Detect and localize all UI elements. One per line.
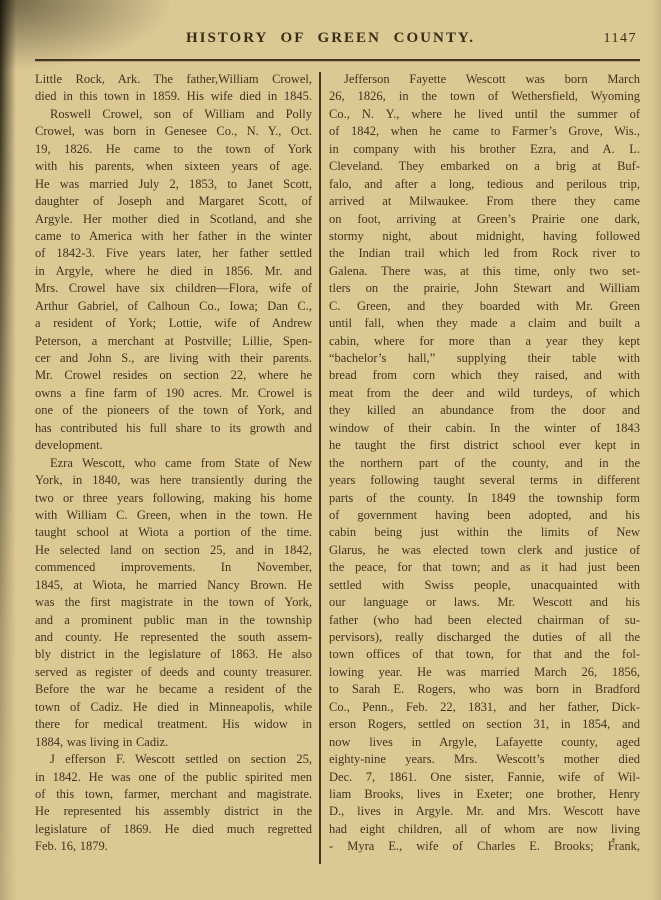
book-page-scan: HISTORY OF GREEN COUNTY. 1147 Little Roc…	[0, 0, 661, 900]
paragraph: Little Rock, Ark. The father,William Cro…	[35, 71, 312, 106]
text-line: Galena. There was, at this time, only tw…	[329, 263, 640, 280]
text-line: town offices of that town, for that and …	[329, 646, 640, 663]
text-line: tlers on the prairie, John Stewart and W…	[329, 280, 640, 297]
text-line: with his parents, when sixteen years of …	[35, 158, 312, 175]
text-line: Feb. 16, 1879.	[35, 838, 312, 855]
text-line: Before the war he became a resident of t…	[35, 681, 312, 698]
text-line: on foot, arriving at Green’s Prairie one…	[329, 211, 640, 228]
text-line: erson Rogers, settled on section 31, in …	[329, 716, 640, 733]
scan-right-vignette	[651, 0, 661, 900]
text-line: C. Green, and they boarded with Mr. Gree…	[329, 298, 640, 315]
text-line: years following taught several terms in …	[329, 472, 640, 489]
text-line: pervisors), really discharged the duties…	[329, 629, 640, 646]
header-rule	[35, 59, 640, 61]
page-header: HISTORY OF GREEN COUNTY. 1147	[0, 0, 661, 54]
text-line: served as register of deeds and county t…	[35, 664, 312, 681]
text-line: there for medical treatment. His widow i…	[35, 716, 312, 733]
text-line: the Indian trail which led from Rock riv…	[329, 245, 640, 262]
text-line: town of Cadiz. He died in Minneapolis, w…	[35, 699, 312, 716]
text-line: cabin, where for more than a year they k…	[329, 333, 640, 350]
text-line: one of the pioneers of the town of York,…	[35, 402, 312, 419]
text-line: He selected land on section 25, and in 1…	[35, 542, 312, 559]
page-title: HISTORY OF GREEN COUNTY.	[0, 30, 661, 47]
text-line: cabin being just within the limits of Ne…	[329, 524, 640, 541]
text-line: of government having been adopted, and h…	[329, 507, 640, 524]
text-line: in company with his brother Ezra, and A.…	[329, 141, 640, 158]
text-line: 1845, at Wiota, he married Nancy Brown. …	[35, 577, 312, 594]
text-line: lowing year. He was married March 26, 18…	[329, 664, 640, 681]
text-line: commenced improvements. In November,	[35, 559, 312, 576]
text-line: meat from the deer and wild turdeys, of …	[329, 385, 640, 402]
text-line: of this town, farmer, merchant and magis…	[35, 786, 312, 803]
text-line: has contributed his full share to its gr…	[35, 420, 312, 437]
text-line: with William C. Green, when in the town.…	[35, 507, 312, 524]
text-line: of 1842, when he came to Farmer’s Grove,…	[329, 123, 640, 140]
text-line: Ezra Wescott, who came from State of New	[35, 455, 312, 472]
text-line: came to America with her father in the w…	[35, 228, 312, 245]
paragraph: Jefferson Fayette Wescott was born March…	[329, 71, 640, 856]
text-line: two or three years following, making his…	[35, 490, 312, 507]
text-line: development.	[35, 437, 312, 454]
text-line: owns a fine farm of 190 acres. Mr. Crowe…	[35, 385, 312, 402]
paragraph: Ezra Wescott, who came from State of New…	[35, 455, 312, 751]
text-line: He was married July 2, 1853, to Janet Sc…	[35, 176, 312, 193]
text-line: eighty-nine years. Mrs. Wescott’s mother…	[329, 751, 640, 768]
text-line: arrived at Milwaukee. From there they ca…	[329, 193, 640, 210]
text-line: Little Rock, Ark. The father,William Cro…	[35, 71, 312, 88]
text-line: daughter of Joseph and Margaret Scott, o…	[35, 193, 312, 210]
text-line: was the first magistrate in the town of …	[35, 594, 312, 611]
text-line: and a prominent public man in the townsh…	[35, 612, 312, 629]
text-line: a resident of York; Lottie, wife of Andr…	[35, 315, 312, 332]
text-line: the peace, for that town; and as it had …	[329, 559, 640, 576]
page-number: 1147	[604, 31, 637, 47]
text-line: Argyle. Her mother died in Scotland, and…	[35, 211, 312, 228]
scan-left-edge-shadow	[0, 0, 16, 900]
text-line: He represented his assembly district in …	[35, 803, 312, 820]
text-line: bread from corn which they raised, and w…	[329, 367, 640, 384]
text-line: “bachelor’s hall,” supplying their table…	[329, 350, 640, 367]
text-line: 26, 1826, in the town of Wethersfield, W…	[329, 88, 640, 105]
text-line: Mrs. Crowel have six children—Flora, wif…	[35, 280, 312, 297]
text-columns: Little Rock, Ark. The father,William Cro…	[35, 71, 640, 864]
text-line: Arthur Gabriel, of Calhoun Co., Iowa; Da…	[35, 298, 312, 315]
text-line: Peterson, a merchant at Postville; Lilli…	[35, 333, 312, 350]
text-line: settled with Swiss people, unacquainted …	[329, 577, 640, 594]
text-line: D., lives in Argyle. Mr. and Mrs. Wescot…	[329, 803, 640, 820]
text-line: stormy night, about midnight, having fol…	[329, 228, 640, 245]
text-line: parts of the county. In 1849 the townshi…	[329, 490, 640, 507]
text-line: the northern part of the county, and in …	[329, 455, 640, 472]
text-line: they killed an abundance from the door a…	[329, 402, 640, 419]
text-line: falo, and after a long, tedious and peri…	[329, 176, 640, 193]
text-line: and county. He represented the south ass…	[35, 629, 312, 646]
text-line: Jefferson Fayette Wescott was born March	[329, 71, 640, 88]
text-line: Mr. Crowel resides on section 22, where …	[35, 367, 312, 384]
text-line: taught school at Wiota a portion of the …	[35, 524, 312, 541]
paragraph: Roswell Crowel, son of William and Polly…	[35, 106, 312, 455]
text-line: of 1842-3. Five years later, her father …	[35, 245, 312, 262]
text-line: cer and John S., are living with their p…	[35, 350, 312, 367]
text-line: Crowel, was born in Genesee Co., N. Y., …	[35, 123, 312, 140]
paragraph: J efferson F. Wescott settled on section…	[35, 751, 312, 856]
text-line: father (who had been elected chairman of…	[329, 612, 640, 629]
text-line: Roswell Crowel, son of William and Polly	[35, 106, 312, 123]
text-line: Co., N. Y., where he lived until the sum…	[329, 106, 640, 123]
text-line: in Argyle, where he died in 1856. Mr. an…	[35, 263, 312, 280]
text-line: Glarus, he was elected town clerk and ju…	[329, 542, 640, 559]
text-line: to Sarah E. Rogers, who was born in Brad…	[329, 681, 640, 698]
text-line: - Myra E., wife of Charles E. Brooks; Fr…	[329, 838, 640, 855]
text-line: window of their cabin. In the winter of …	[329, 420, 640, 437]
right-column: Jefferson Fayette Wescott was born March…	[329, 71, 640, 856]
text-line: 1884, was living in Cadiz.	[35, 734, 312, 751]
text-line: Co., Penn., Feb. 22, 1831, and her fathe…	[329, 699, 640, 716]
text-line: legislature of 1869. He died much regret…	[35, 821, 312, 838]
text-line: bly district in the legislature of 1863.…	[35, 646, 312, 663]
text-line: in 1842. He was one of the public spirit…	[35, 769, 312, 786]
text-line: our language or laws. Mr. Wescott and hi…	[329, 594, 640, 611]
text-line: now lives in Argyle, Lafayette county, a…	[329, 734, 640, 751]
text-line: liam Brooks, lives in Exeter; one brothe…	[329, 786, 640, 803]
left-column: Little Rock, Ark. The father,William Cro…	[35, 71, 312, 856]
text-line: Dec. 7, 1861. One sister, Fannie, wife o…	[329, 769, 640, 786]
column-divider	[319, 72, 321, 864]
text-line: J efferson F. Wescott settled on section…	[35, 751, 312, 768]
text-line: he taught the first district school ever…	[329, 437, 640, 454]
text-line: died in this town in 1859. His wife died…	[35, 88, 312, 105]
text-line: until fall, when they made a claim and b…	[329, 315, 640, 332]
text-line: 19, 1826. He came to the town of York	[35, 141, 312, 158]
text-line: York, in 1840, was here transiently duri…	[35, 472, 312, 489]
text-line: had eight children, all of whom are now …	[329, 821, 640, 838]
text-line: Cleveland. They embarked on a brig at Bu…	[329, 158, 640, 175]
